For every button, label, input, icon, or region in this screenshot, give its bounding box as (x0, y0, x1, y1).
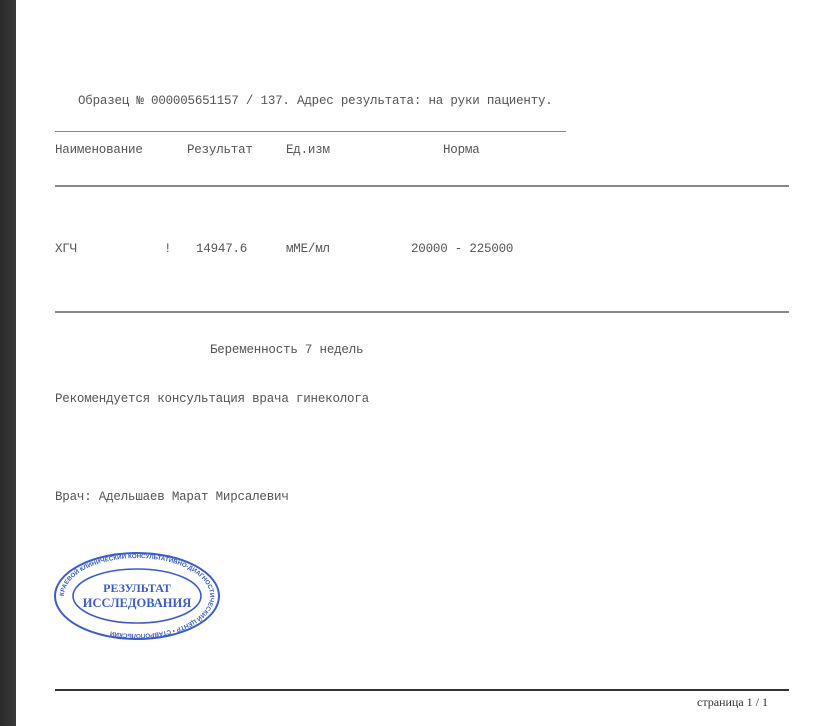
stamp-line-2: ИССЛЕДОВАНИЯ (83, 596, 192, 610)
table-bottom-divider (55, 311, 789, 313)
table-header-divider (55, 185, 789, 187)
viewer-left-edge (0, 0, 16, 726)
footer-divider (55, 689, 789, 691)
test-norm: 20000 - 225000 (411, 242, 513, 256)
recommendation-note: Рекомендуется консультация врача гинекол… (55, 392, 369, 406)
sample-info-line: Образец № 000005651157 / 137. Адрес резу… (78, 94, 553, 108)
page-number: страница 1 / 1 (697, 695, 768, 710)
column-header-result: Результат (187, 143, 253, 157)
stamp-line-1: РЕЗУЛЬТАТ (103, 581, 171, 595)
column-header-unit: Ед.изм (286, 143, 330, 157)
test-unit: мМЕ/мл (286, 242, 330, 256)
pregnancy-note: Беременность 7 недель (210, 343, 363, 357)
abnormal-flag: ! (164, 242, 171, 256)
doctor-name: Врач: Адельшаев Марат Мирсалевич (55, 490, 289, 504)
header-divider-short (55, 131, 566, 132)
result-stamp-icon: КРАЕВОЙ КЛИНИЧЕСКИЙ КОНСУЛЬТАТИВНО-ДИАГН… (52, 550, 222, 642)
test-name: ХГЧ (55, 242, 77, 256)
column-header-name: Наименование (55, 143, 143, 157)
column-header-norm: Норма (443, 143, 480, 157)
document-page: Образец № 000005651157 / 137. Адрес резу… (16, 0, 828, 726)
test-result: 14947.6 (196, 242, 247, 256)
